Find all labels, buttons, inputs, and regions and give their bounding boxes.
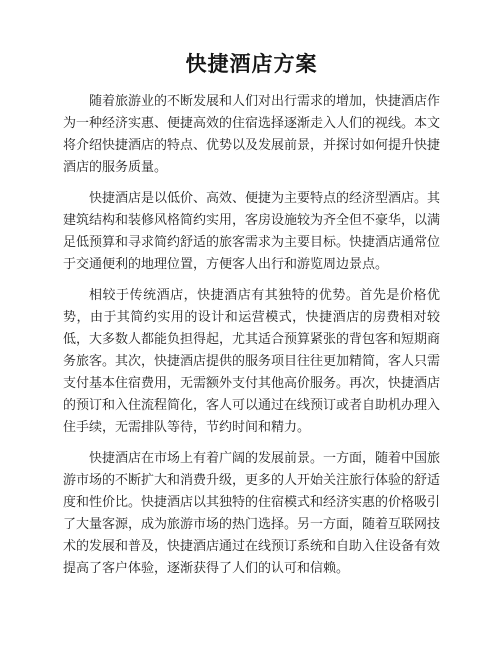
paragraph-prospects: 快捷酒店在市场上有着广阔的发展前景。一方面，随着中国旅游市场的不断扩大和消费升级… (63, 447, 440, 579)
document-title: 快捷酒店方案 (63, 50, 440, 80)
document-page: 快捷酒店方案 随着旅游业的不断发展和人们对出行需求的增加，快捷酒店作为一种经济实… (0, 0, 502, 649)
paragraph-features: 快捷酒店是以低价、高效、便捷为主要特点的经济型酒店。其建筑结构和装修风格简约实用… (63, 187, 440, 275)
paragraph-advantages: 相较于传统酒店，快捷酒店有其独特的优势。首先是价格优势，由于其简约实用的设计和运… (63, 284, 440, 438)
paragraph-intro: 随着旅游业的不断发展和人们对出行需求的增加，快捷酒店作为一种经济实惠、便捷高效的… (63, 90, 440, 178)
